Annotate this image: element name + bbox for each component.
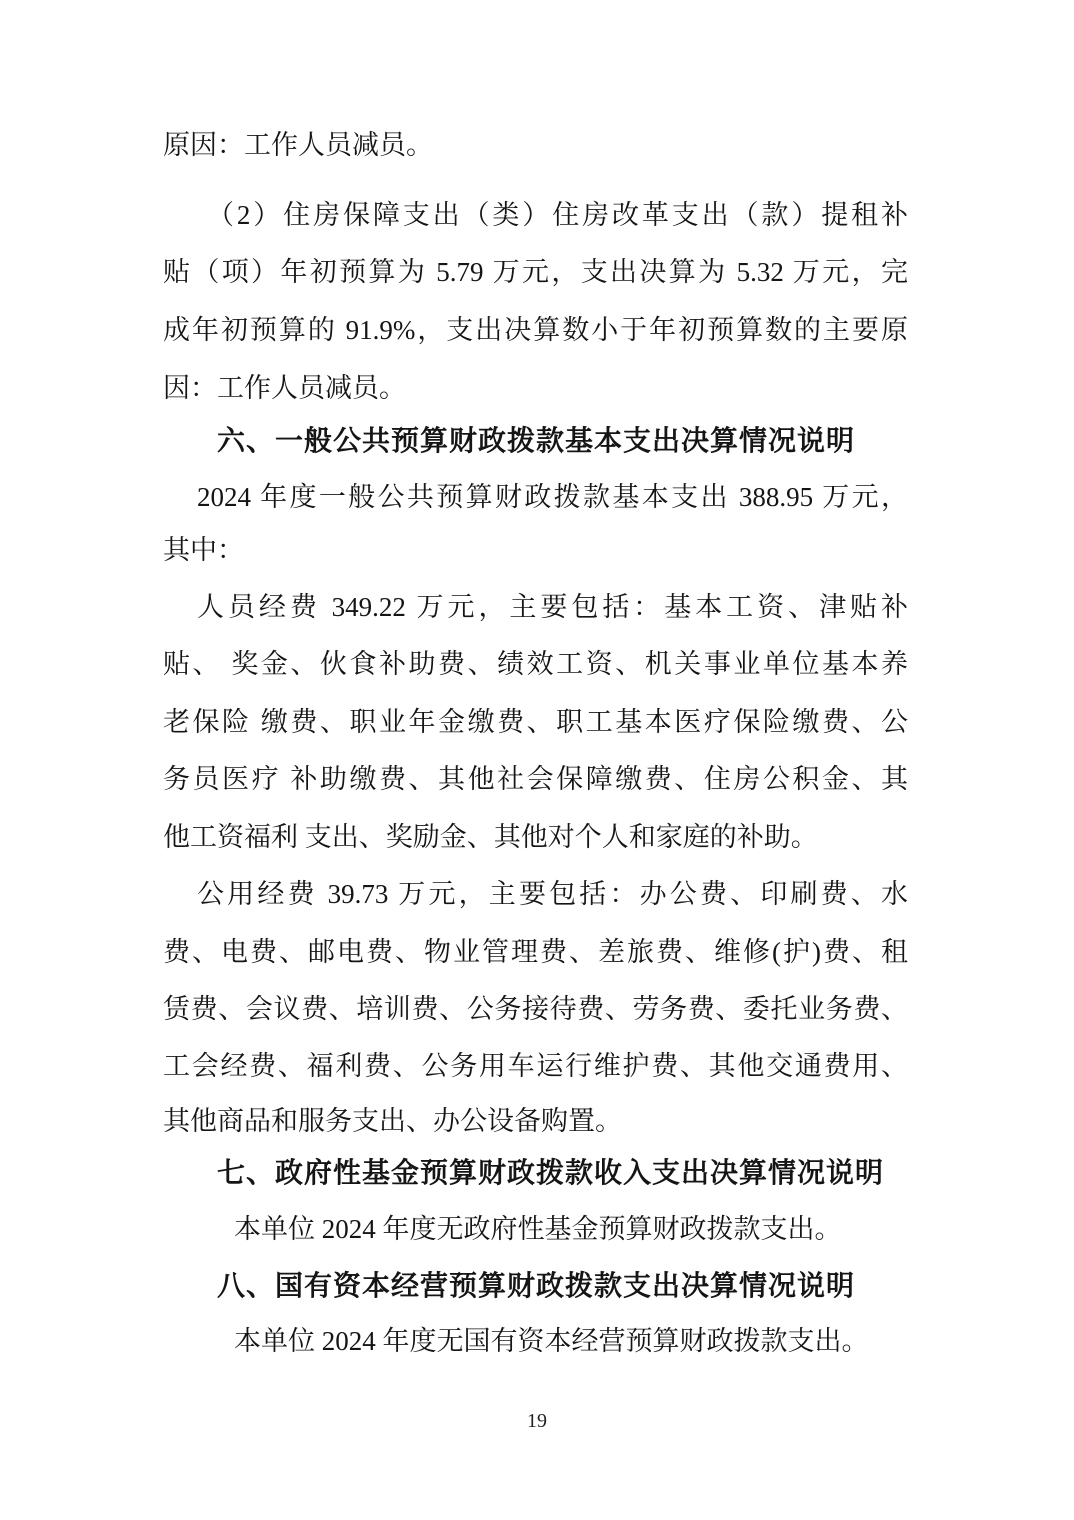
text-line: 成年初预算的 91.9%，支出决算数小于年初预算数的主要原 [163,307,908,353]
text-line: 他工资福利 支出、奖励金、其他对个人和家庭的补助。 [163,814,908,860]
text-line: 费、电费、邮电费、物业管理费、差旅费、维修(护)费、租 [163,929,908,975]
document-body: 原因：工作人员减员。（2）住房保障支出（类）住房改革支出（款）提租补贴（项）年初… [0,0,1074,1520]
text-line: 本单位 2024 年度无政府性基金预算财政拨款支出。 [163,1206,908,1252]
text-line: 人员经费 349.22 万元，主要包括：基本工资、津贴补 [163,584,908,630]
page-number: 19 [0,1406,1074,1436]
text-line: 赁费、会议费、培训费、公务接待费、劳务费、委托业务费、 [163,986,908,1032]
document-page: 原因：工作人员减员。（2）住房保障支出（类）住房改革支出（款）提租补贴（项）年初… [0,0,1074,1520]
section-heading: 七、政府性基金预算财政拨款收入支出决算情况说明 [163,1150,908,1196]
text-line: 工会经费、福利费、公务用车运行维护费、其他交通费用、 [163,1043,908,1089]
text-line: 公用经费 39.73 万元，主要包括：办公费、印刷费、水 [163,871,908,917]
text-line: 务员医疗 补助缴费、其他社会保障缴费、住房公积金、其 [163,756,908,802]
text-line: 原因：工作人员减员。 [163,122,908,168]
text-line: 其他商品和服务支出、办公设备购置。 [163,1098,908,1144]
text-line: 因：工作人员减员。 [163,365,908,411]
section-heading: 六、一般公共预算财政拨款基本支出决算情况说明 [163,418,908,464]
text-line: 其中： [163,527,908,573]
text-line: 贴（项）年初预算为 5.79 万元，支出决算为 5.32 万元，完 [163,249,908,295]
text-line: 2024 年度一般公共预算财政拨款基本支出 388.95 万元， [163,474,908,520]
text-line: （2）住房保障支出（类）住房改革支出（款）提租补 [163,192,908,238]
section-heading: 八、国有资本经营预算财政拨款支出决算情况说明 [163,1263,908,1309]
text-line: 老保险 缴费、职业年金缴费、职工基本医疗保险缴费、公 [163,699,908,745]
text-line: 本单位 2024 年度无国有资本经营预算财政拨款支出。 [163,1318,908,1364]
text-line: 贴、 奖金、伙食补助费、绩效工资、机关事业单位基本养 [163,641,908,687]
